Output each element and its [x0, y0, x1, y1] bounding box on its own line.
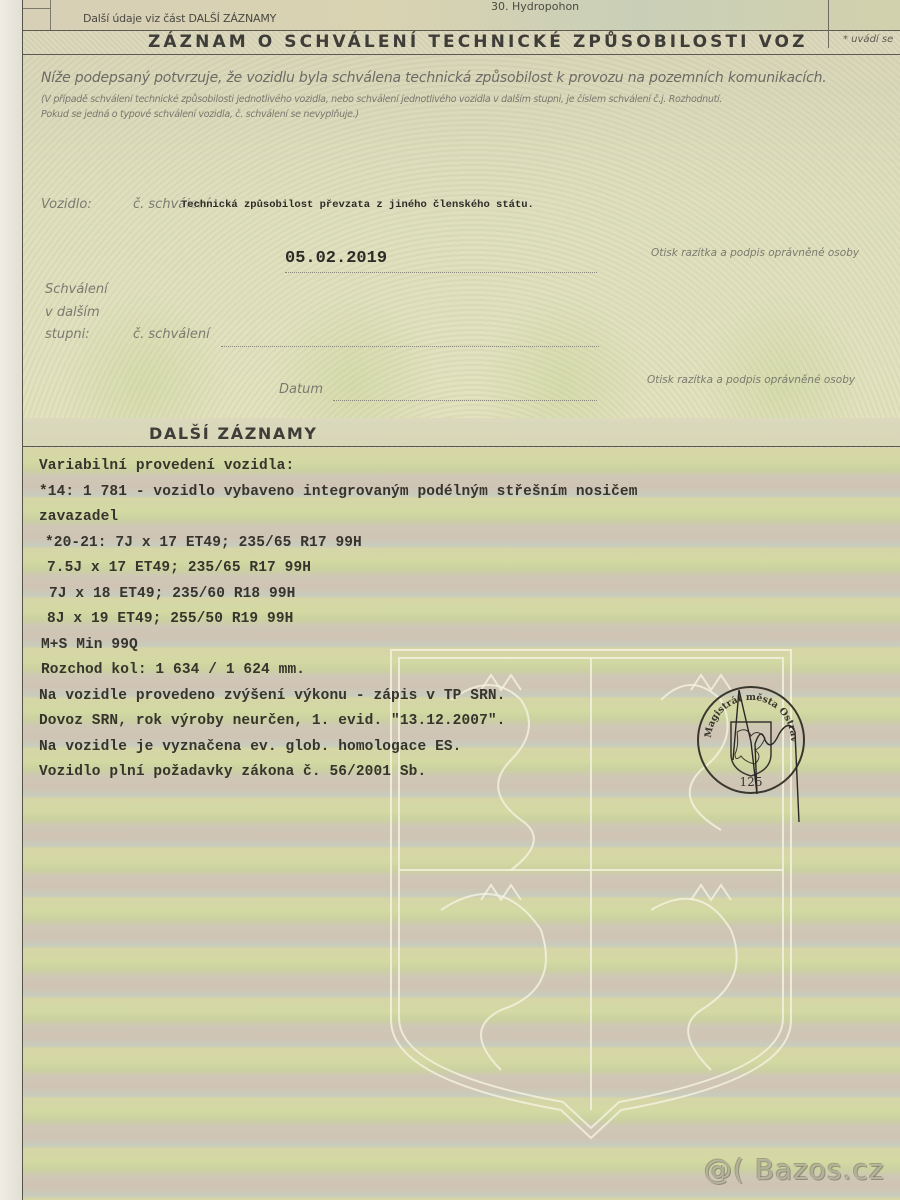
paper-edge: [0, 0, 22, 1200]
further-approval-no-label: č. schválení: [133, 327, 210, 342]
approval-note-line1: (V případě schválení technické způsobilo…: [41, 94, 722, 105]
approval-section-title: ZÁZNAM O SCHVÁLENÍ TECHNICKÉ ZPŮSOBILOST…: [148, 32, 808, 52]
record-line: Variabilní provedení vozidla:: [39, 454, 638, 480]
further-stage-label-1: Schválení: [45, 282, 108, 297]
record-line: Rozchod kol: 1 634 / 1 624 mm.: [39, 658, 638, 684]
records-section: Variabilní provedení vozidla: *14: 1 781…: [23, 448, 900, 1200]
records-text-block: Variabilní provedení vozidla: *14: 1 781…: [39, 454, 638, 786]
approval-intro: Níže podepsaný potvrzuje, že vozidlu byl…: [41, 70, 827, 86]
further-stamp-label: Otisk razítka a podpis oprávněné osoby: [647, 374, 855, 386]
vehicle-registration-document: 30. Hydropohon Další údaje viz část DALŠ…: [22, 0, 900, 1200]
further-stage-label-3: stupni:: [45, 327, 90, 342]
svg-text:Magistrát města Ostravy: Magistrát města Ostravy: [693, 682, 799, 743]
approval-title-bar: ZÁZNAM O SCHVÁLENÍ TECHNICKÉ ZPŮSOBILOST…: [23, 30, 900, 55]
bazos-watermark: @( Bazos.cz: [704, 1153, 885, 1186]
records-header: DALŠÍ ZÁZNAMY: [23, 418, 900, 447]
further-date-label: Datum: [279, 382, 323, 397]
table-divider: [50, 0, 51, 30]
further-stage-label-2: v dalším: [45, 305, 100, 320]
record-line: zavazadel: [39, 505, 638, 531]
further-approval-no-dotted-line: [221, 346, 599, 347]
record-line: *14: 1 781 - vozidlo vybaveno integrovan…: [39, 480, 638, 506]
date-dotted-line: [285, 272, 597, 273]
vehicle-stamp-label: Otisk razítka a podpis oprávněné osoby: [651, 247, 859, 259]
record-line: 8J x 19 ET49; 255/50 R19 99H: [39, 607, 638, 633]
records-section-title: DALŠÍ ZÁZNAMY: [149, 424, 318, 443]
record-line: Dovoz SRN, rok výroby neurčen, 1. evid. …: [39, 709, 638, 735]
record-line: 7.5J x 17 ET49; 235/65 R17 99H: [39, 556, 638, 582]
svg-text:125: 125: [740, 775, 763, 789]
approval-section: Níže podepsaný potvrzuje, že vozidlu byl…: [23, 56, 900, 419]
hydropohon-field-label: 30. Hydropohon: [491, 0, 579, 13]
more-info-note: Další údaje viz část DALŠÍ ZÁZNAMY: [83, 12, 276, 25]
vehicle-approval-date: 05.02.2019: [285, 249, 387, 268]
further-date-dotted-line: [333, 400, 597, 401]
vehicle-label: Vozidlo:: [41, 197, 92, 212]
approval-note-line2: Pokud se jedná o typové schválení vozidl…: [41, 109, 359, 120]
official-stamp-icon: Magistrát města Ostravy 125: [693, 682, 809, 832]
record-line: M+S Min 99Q: [39, 633, 638, 659]
record-line: *20-21: 7J x 17 ET49; 235/65 R17 99H: [39, 531, 638, 557]
table-divider: [23, 8, 51, 9]
record-line: Vozidlo plní požadavky zákona č. 56/2001…: [39, 760, 638, 786]
previous-section-strip: 30. Hydropohon Další údaje viz část DALŠ…: [23, 0, 900, 31]
record-line: 7J x 18 ET49; 235/60 R18 99H: [39, 582, 638, 608]
record-line: Na vozidle je vyznačena ev. glob. homolo…: [39, 735, 638, 761]
vehicle-approval-no-value: Technická způsobilost převzata z jiného …: [181, 199, 534, 211]
record-line: Na vozidle provedeno zvýšení výkonu - zá…: [39, 684, 638, 710]
